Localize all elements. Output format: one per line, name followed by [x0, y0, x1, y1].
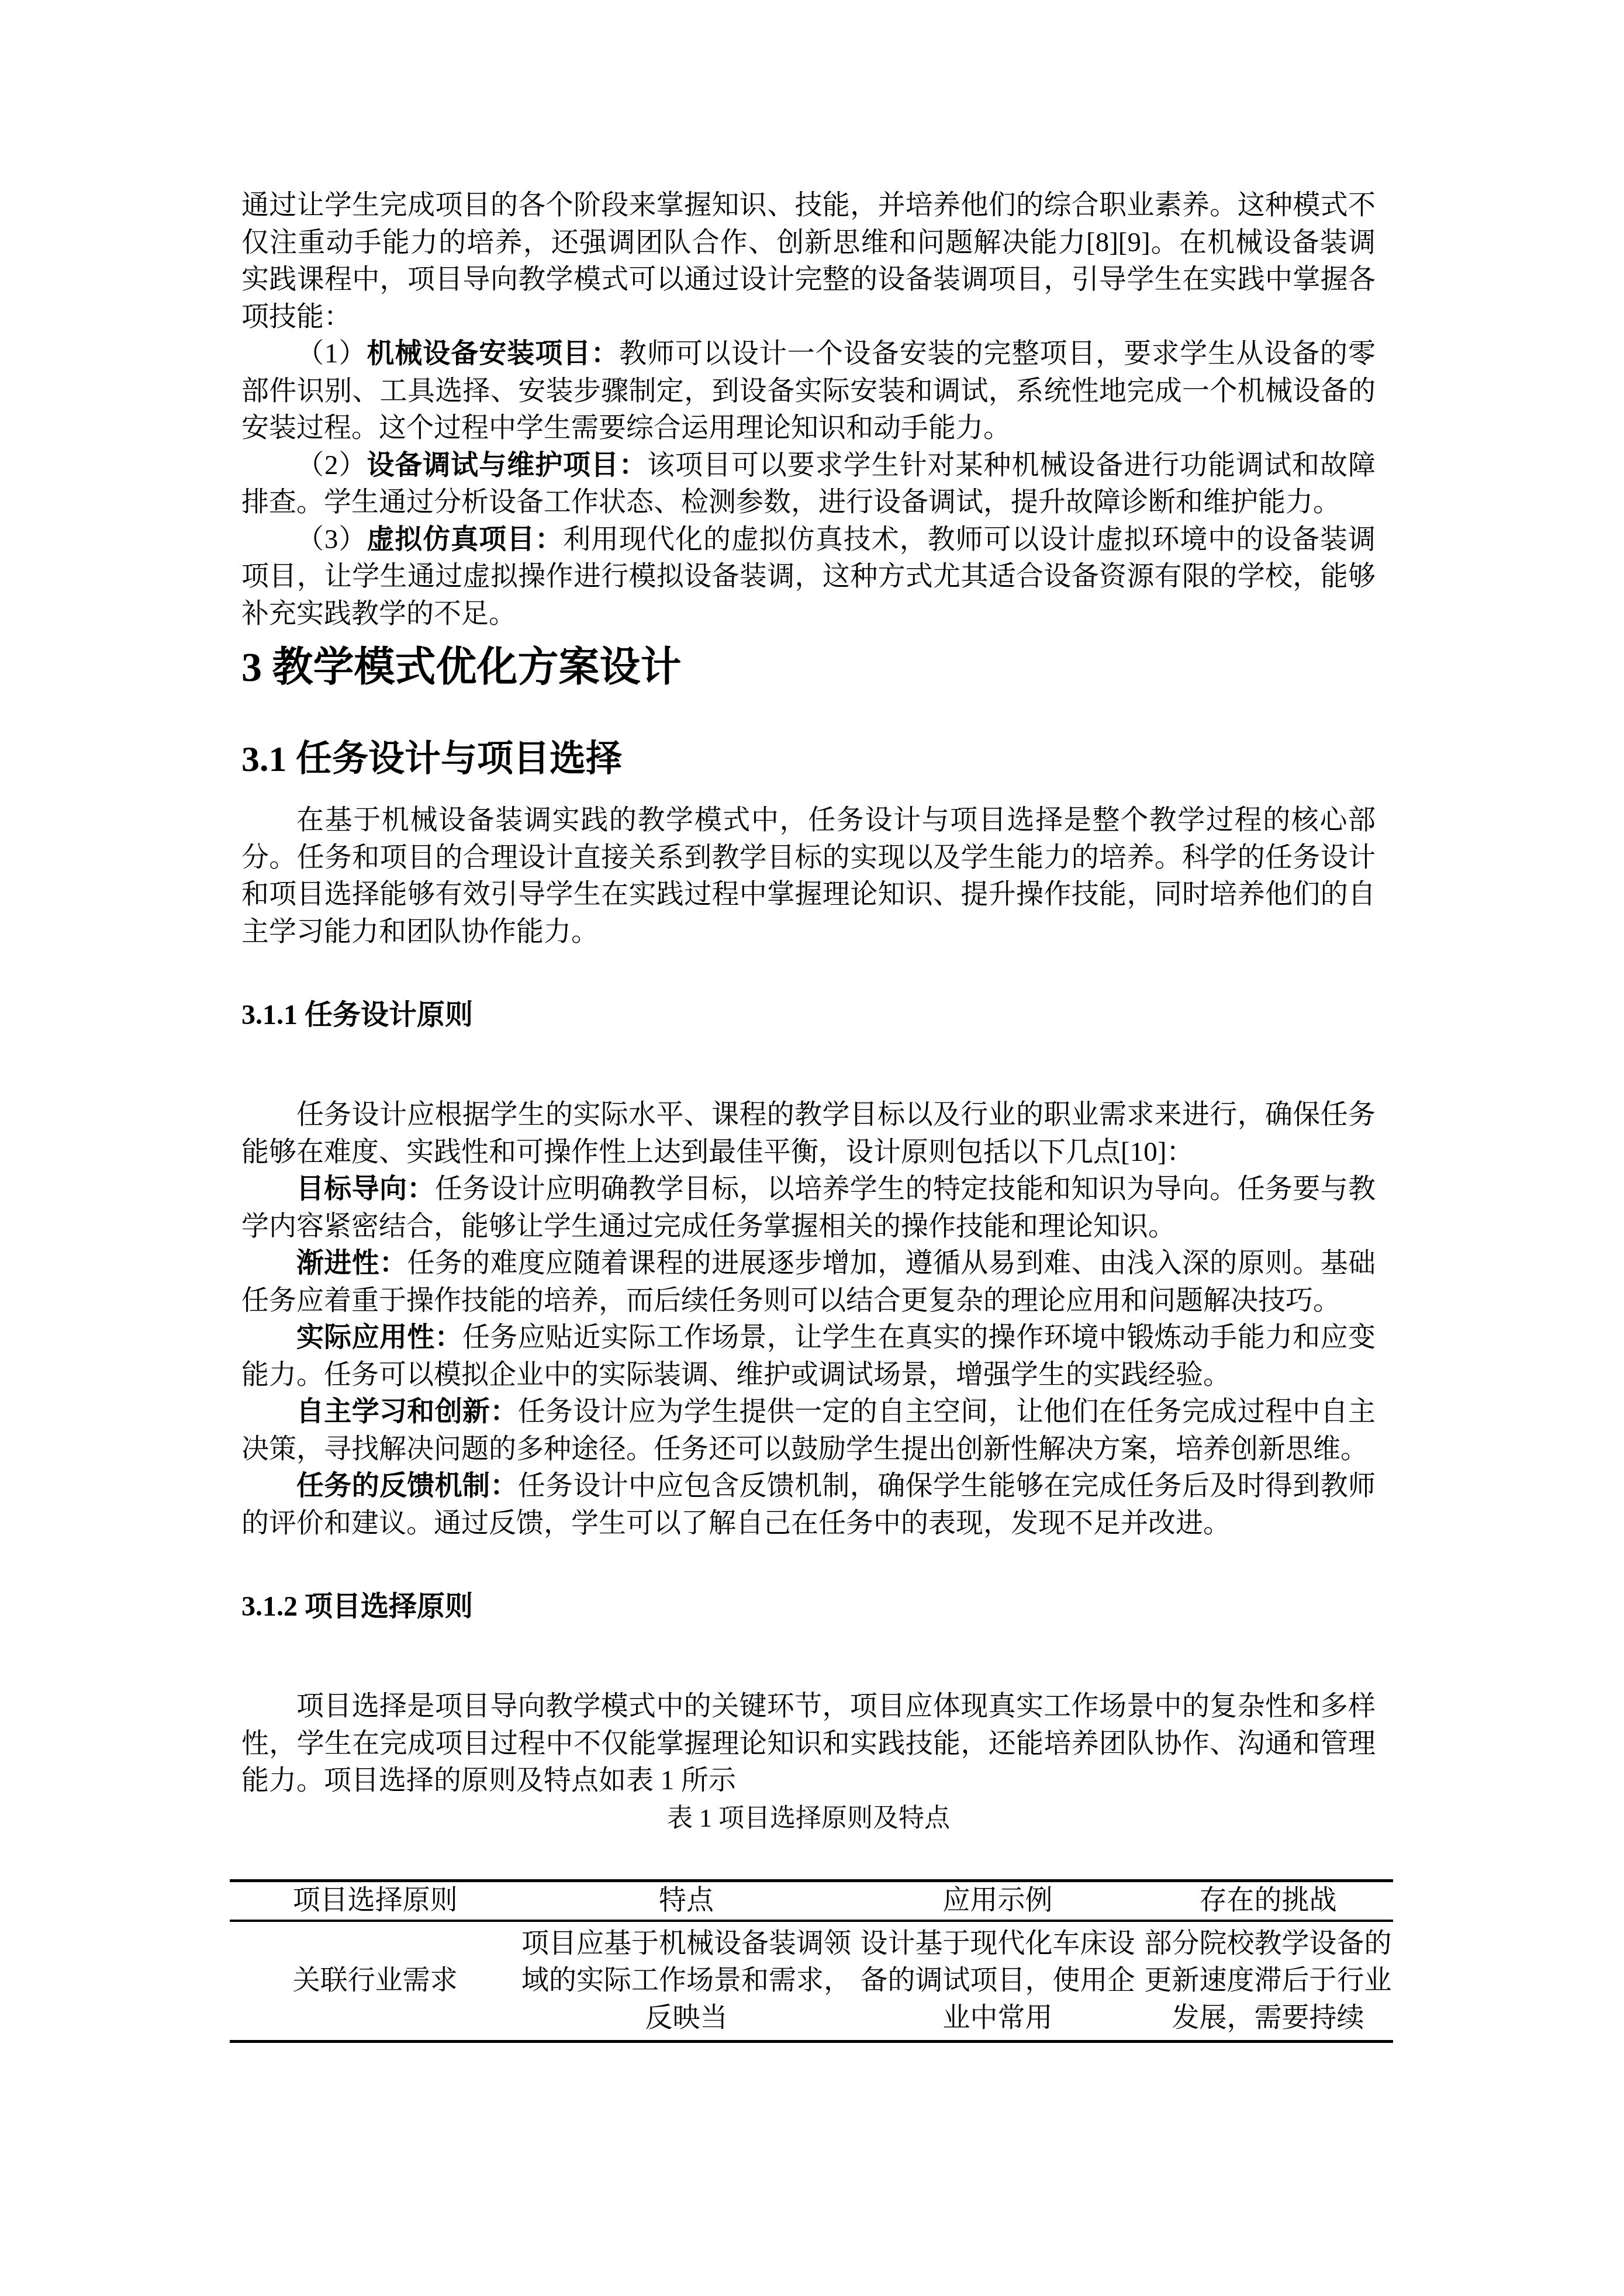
list-item-2: （2）设备调试与维护项目：该项目可以要求学生针对某种机械设备进行功能调试和故障排…: [241, 447, 1376, 521]
project-selection-table: 项目选择原则 特点 应用示例 存在的挑战 关联行业需求 项目应基于机械设备装调领…: [230, 1879, 1393, 2043]
principle-paragraph-feedback: 任务的反馈机制：任务设计中应包含反馈机制，确保学生能够在完成任务后及时得到教师的…: [241, 1468, 1376, 1542]
heading-section-3-1-1: 3.1.1 任务设计原则: [241, 997, 1376, 1033]
cell-principle: 关联行业需求: [230, 1921, 521, 2042]
principle-paragraph-autonomy-innovation: 自主学习和创新：任务设计应为学生提供一定的自主空间，让他们在任务完成过程中自主决…: [241, 1393, 1376, 1468]
paragraph-task-project-overview: 在基于机械设备装调实践的教学模式中，任务设计与项目选择是整个教学过程的核心部分。…: [241, 802, 1376, 950]
header-cell-feature: 特点: [521, 1881, 852, 1921]
paragraph-task-design-intro: 任务设计应根据学生的实际水平、课程的教学目标以及行业的职业需求来进行，确保任务能…: [241, 1097, 1376, 1171]
heading-section-3: 3 教学模式优化方案设计: [241, 641, 1376, 695]
paragraph-text: 通过让学生完成项目的各个阶段来掌握知识、技能，并培养他们的综合职业素养。这种模式…: [241, 190, 1376, 332]
header-cell-challenge: 存在的挑战: [1143, 1881, 1393, 1921]
page-content: 通过让学生完成项目的各个阶段来掌握知识、技能，并培养他们的综合职业素养。这种模式…: [241, 0, 1376, 2043]
heading-section-3-1: 3.1 任务设计与项目选择: [241, 735, 1376, 783]
cell-challenge: 部分院校教学设备的更新速度滞后于行业发展，需要持续: [1143, 1921, 1393, 2042]
item-number: （2）: [296, 450, 367, 480]
item-number: （3）: [296, 524, 367, 555]
item-title: 虚拟仿真项目：: [367, 524, 563, 555]
principle-paragraph-progressive: 渐进性：任务的难度应随着课程的进展逐步增加，遵循从易到难、由浅入深的原则。基础任…: [241, 1245, 1376, 1319]
cell-feature: 项目应基于机械设备装调领域的实际工作场景和需求，反映当: [521, 1921, 852, 2042]
header-cell-example: 应用示例: [852, 1881, 1143, 1921]
table-header-row: 项目选择原则 特点 应用示例 存在的挑战: [230, 1881, 1393, 1921]
item-number: （1）: [296, 338, 367, 369]
principle-lead: 目标导向：: [296, 1174, 435, 1204]
paragraph-intro-continued: 通过让学生完成项目的各个阶段来掌握知识、技能，并培养他们的综合职业素养。这种模式…: [241, 187, 1376, 336]
table-caption: 表 1 项目选择原则及特点: [241, 1800, 1376, 1837]
principle-lead: 实际应用性：: [296, 1322, 462, 1353]
principle-paragraph-goal-oriented: 目标导向：任务设计应明确教学目标，以培养学生的特定技能和知识为导向。任务要与教学…: [241, 1171, 1376, 1245]
list-item-1: （1）机械设备安装项目：教师可以设计一个设备安装的完整项目，要求学生从设备的零部…: [241, 336, 1376, 447]
cell-example: 设计基于现代化车床设备的调试项目，使用企业中常用: [852, 1921, 1143, 2042]
principle-paragraph-practical: 实际应用性：任务应贴近实际工作场景，让学生在真实的操作环境中锻炼动手能力和应变能…: [241, 1319, 1376, 1393]
item-title: 机械设备安装项目：: [367, 338, 619, 369]
principle-lead: 渐进性：: [296, 1248, 407, 1278]
header-cell-principle: 项目选择原则: [230, 1881, 521, 1921]
principle-lead: 自主学习和创新：: [296, 1396, 518, 1427]
table-row: 关联行业需求 项目应基于机械设备装调领域的实际工作场景和需求，反映当 设计基于现…: [230, 1921, 1393, 2042]
heading-section-3-1-2: 3.1.2 项目选择原则: [241, 1589, 1376, 1625]
paragraph-project-selection-intro: 项目选择是项目导向教学模式中的关键环节，项目应体现真实工作场景中的复杂性和多样性…: [241, 1688, 1376, 1800]
list-item-3: （3）虚拟仿真项目：利用现代化的虚拟仿真技术，教师可以设计虚拟环境中的设备装调项…: [241, 521, 1376, 633]
principle-lead: 任务的反馈机制：: [296, 1471, 518, 1501]
principle-text: 任务的难度应随着课程的进展逐步增加，遵循从易到难、由浅入深的原则。基础任务应着重…: [241, 1248, 1376, 1316]
item-title: 设备调试与维护项目：: [367, 450, 647, 480]
